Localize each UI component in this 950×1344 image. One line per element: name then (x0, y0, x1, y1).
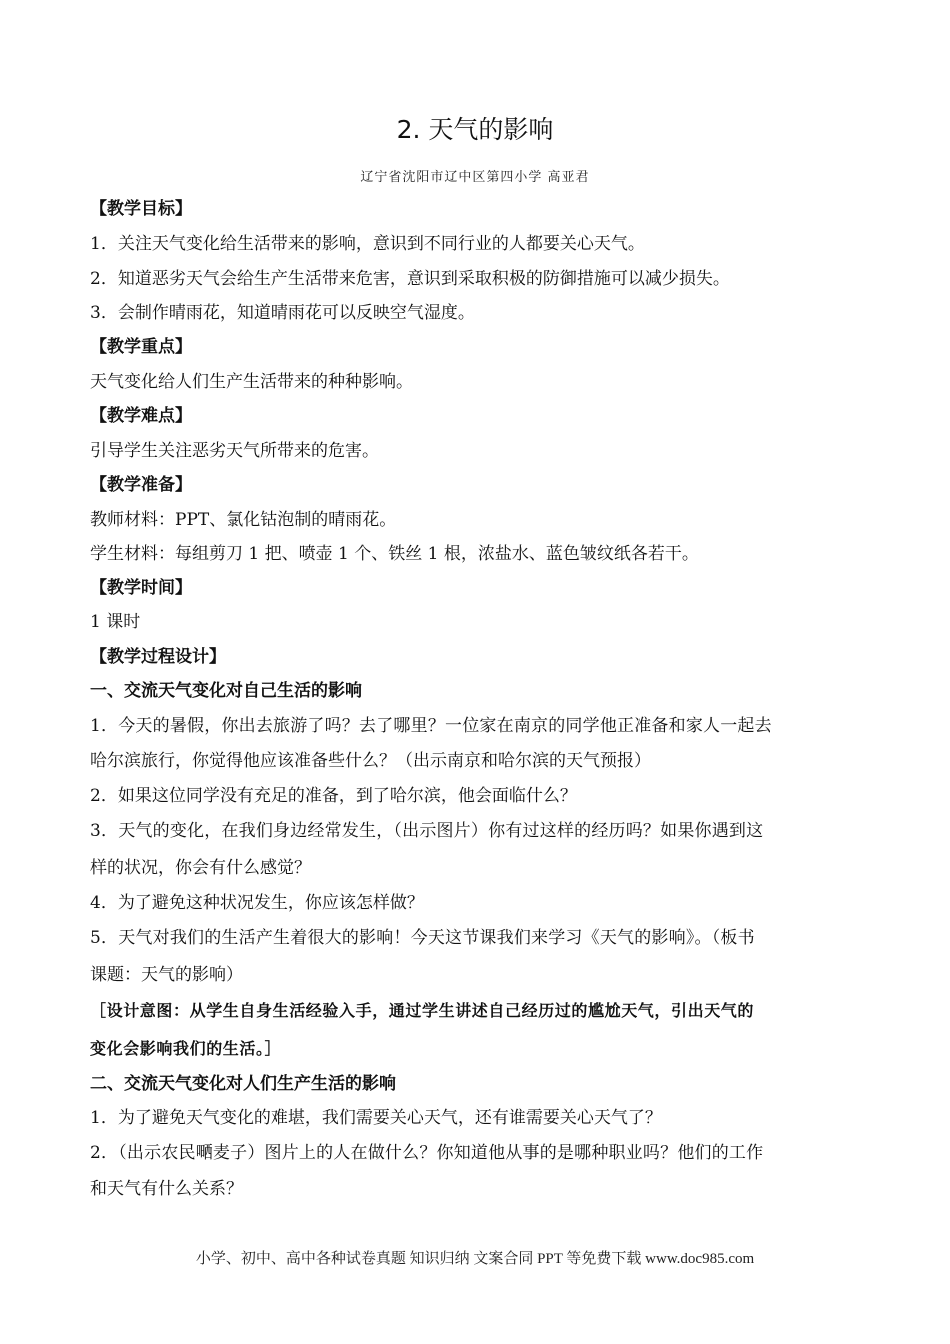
author-line: 辽宁省沈阳市辽中区第四小学 高亚君 (0, 166, 950, 185)
part2-line: 2．（出示农民嗮麦子）图片上的人在做什么？你知道他从事的是哪种职业吗？他们的工作 (90, 1142, 763, 1164)
part1-line: 5．天气对我们的生活产生着很大的影响！今天这节课我们来学习《天气的影响》。（板书 (90, 927, 755, 949)
objective-item-1: 1．关注天气变化给生活带来的影响，意识到不同行业的人都要关心天气。 (90, 233, 645, 255)
part1-line: 样的状况，你会有什么感觉？ (90, 857, 311, 879)
part2-line: 1．为了避免天气变化的难堪，我们需要关心天气，还有谁需要关心天气了？ (90, 1107, 662, 1129)
heading-process: 【教学过程设计】 (90, 646, 226, 668)
student-materials: 学生材料：每组剪刀 1 把、喷壶 1 个、铁丝 1 根，浓盐水、蓝色皱纹纸各若干… (90, 543, 699, 565)
page-title: 2. 天气的影响 (0, 110, 950, 146)
heading-objectives: 【教学目标】 (90, 198, 192, 220)
document-page: 2. 天气的影响 辽宁省沈阳市辽中区第四小学 高亚君 【教学目标】 1．关注天气… (0, 0, 950, 1344)
part2-line: 和天气有什么关系？ (90, 1178, 243, 1200)
part1-line: 1．今天的暑假，你出去旅游了吗？去了哪里？一位家在南京的同学他正准备和家人一起去 (90, 715, 772, 737)
heading-key-points: 【教学重点】 (90, 336, 192, 358)
design-intent-line: ［设计意图：从学生自身生活经验入手，通过学生讲述自己经历过的尴尬天气，引出天气的 (90, 1000, 754, 1022)
heading-time: 【教学时间】 (90, 577, 192, 599)
part1-heading: 一、交流天气变化对自己生活的影响 (90, 680, 362, 702)
part2-heading: 二、交流天气变化对人们生产生活的影响 (90, 1073, 396, 1095)
footer-download-notice: 小学、初中、高中各种试卷真题 知识归纳 文案合同 PPT 等免费下载 www.d… (0, 1247, 950, 1268)
design-intent-line: 变化会影响我们的生活。］ (90, 1038, 281, 1060)
heading-difficulties: 【教学难点】 (90, 405, 192, 427)
part1-line: 哈尔滨旅行，你觉得他应该准备些什么？（出示南京和哈尔滨的天气预报） (90, 750, 651, 772)
part1-line: 课题：天气的影响） (90, 964, 243, 986)
part1-line: 2．如果这位同学没有充足的准备，到了哈尔滨，他会面临什么？ (90, 785, 577, 807)
difficulties-text: 引导学生关注恶劣天气所带来的危害。 (90, 440, 379, 462)
objective-item-3: 3．会制作晴雨花，知道晴雨花可以反映空气湿度。 (90, 302, 475, 324)
part1-line: 4．为了避免这种状况发生，你应该怎样做？ (90, 892, 424, 914)
key-points-text: 天气变化给人们生产生活带来的种种影响。 (90, 371, 413, 393)
teacher-materials: 教师材料：PPT、氯化钴泡制的晴雨花。 (90, 509, 396, 531)
part1-line: 3．天气的变化，在我们身边经常发生，（出示图片）你有过这样的经历吗？如果你遇到这 (90, 820, 763, 842)
objective-item-2: 2．知道恶劣天气会给生产生活带来危害，意识到采取积极的防御措施可以减少损失。 (90, 268, 730, 290)
heading-preparation: 【教学准备】 (90, 474, 192, 496)
time-text: 1 课时 (90, 611, 140, 633)
